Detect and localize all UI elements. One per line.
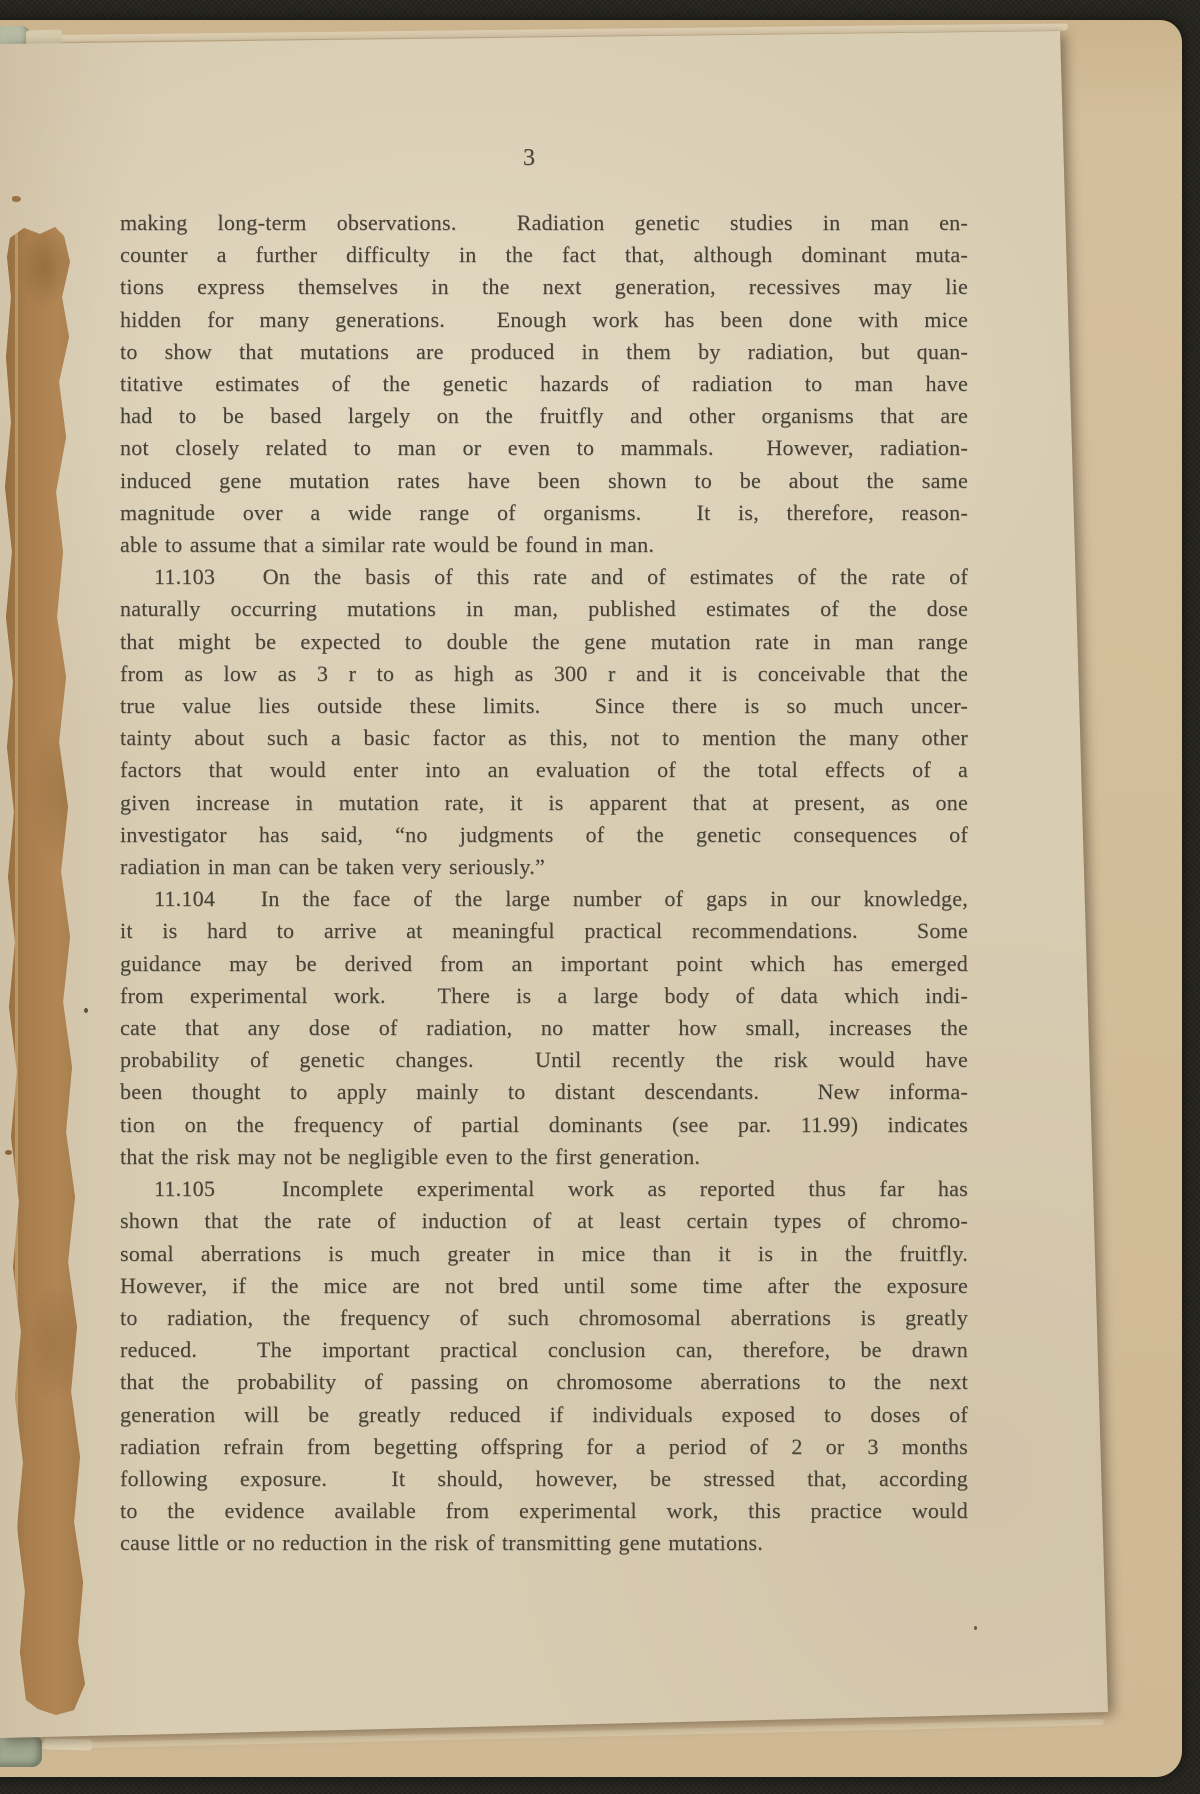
paper-speck — [974, 1626, 977, 1630]
text-line: shown that the rate of induction of at l… — [120, 1205, 968, 1237]
text-block: making long-term observations. Radiation… — [120, 207, 968, 1560]
text-line: hidden for many generations. Enough work… — [120, 304, 968, 336]
text-line: somal aberrations is much greater in mic… — [120, 1238, 968, 1270]
text-line: cause little or no reduction in the risk… — [120, 1527, 968, 1559]
book-page: 3 making long-term observations. Radiati… — [0, 0, 1200, 1794]
text-line: been thought to apply mainly to distant … — [120, 1076, 968, 1108]
text-line: true value lies outside these limits. Si… — [120, 690, 968, 722]
paper-speck — [5, 1150, 12, 1155]
text-line: not closely related to man or even to ma… — [120, 432, 968, 464]
text-line: tainty about such a basic factor as this… — [120, 722, 968, 754]
text-line: cate that any dose of radiation, no matt… — [120, 1012, 968, 1044]
text-line: that might be expected to double the gen… — [120, 626, 968, 658]
text-line: from as low as 3 r to as high as 300 r a… — [120, 658, 968, 690]
page-number: 3 — [120, 146, 968, 170]
text-line: factors that would enter into an evaluat… — [120, 754, 968, 786]
text-line: making long-term observations. Radiation… — [120, 207, 968, 239]
text-line: 11.104 In the face of the large number o… — [120, 883, 968, 915]
text-line: it is hard to arrive at meaningful pract… — [120, 915, 968, 947]
text-line: that the risk may not be negligible even… — [120, 1141, 968, 1173]
paper-speck — [12, 196, 21, 202]
text-line: counter a further difficulty in the fact… — [120, 239, 968, 271]
text-line: to radiation, the frequency of such chro… — [120, 1302, 968, 1334]
text-line: given increase in mutation rate, it is a… — [120, 787, 968, 819]
text-line: that the probability of passing on chrom… — [120, 1366, 968, 1398]
text-line: probability of genetic changes. Until re… — [120, 1044, 968, 1076]
paper-speck — [84, 1008, 88, 1013]
text-line: tion on the frequency of partial dominan… — [120, 1109, 968, 1141]
text-line: investigator has said, “no judgments of … — [120, 819, 968, 851]
text-line: naturally occurring mutations in man, pu… — [120, 593, 968, 625]
paragraph: 11.104 In the face of the large number o… — [120, 883, 968, 1173]
paragraph: making long-term observations. Radiation… — [120, 207, 968, 561]
text-line: able to assume that a similar rate would… — [120, 529, 968, 561]
text-line: radiation refrain from begetting offspri… — [120, 1431, 968, 1463]
paragraph: 11.105 Incomplete experimental work as r… — [120, 1173, 968, 1559]
text-line: induced gene mutation rates have been sh… — [120, 465, 968, 497]
text-line: titative estimates of the genetic hazard… — [120, 368, 968, 400]
text-line: reduced. The important practical conclus… — [120, 1334, 968, 1366]
text-line: from experimental work. There is a large… — [120, 980, 968, 1012]
text-line: had to be based largely on the fruitfly … — [120, 400, 968, 432]
binding-tape-stain — [0, 222, 100, 1717]
text-line: 11.103 On the basis of this rate and of … — [120, 561, 968, 593]
text-line: to the evidence available from experimen… — [120, 1495, 968, 1527]
text-line: 11.105 Incomplete experimental work as r… — [120, 1173, 968, 1205]
text-line: magnitude over a wide range of organisms… — [120, 497, 968, 529]
text-line: radiation in man can be taken very serio… — [120, 851, 968, 883]
text-line: tions express themselves in the next gen… — [120, 271, 968, 303]
text-line: generation will be greatly reduced if in… — [120, 1399, 968, 1431]
text-line: to show that mutations are produced in t… — [120, 336, 968, 368]
text-line: However, if the mice are not bred until … — [120, 1270, 968, 1302]
text-line: guidance may be derived from an importan… — [120, 948, 968, 980]
page-wrap: 3 making long-term observations. Radiati… — [0, 0, 1200, 1794]
text-line: following exposure. It should, however, … — [120, 1463, 968, 1495]
paragraph: 11.103 On the basis of this rate and of … — [120, 561, 968, 883]
